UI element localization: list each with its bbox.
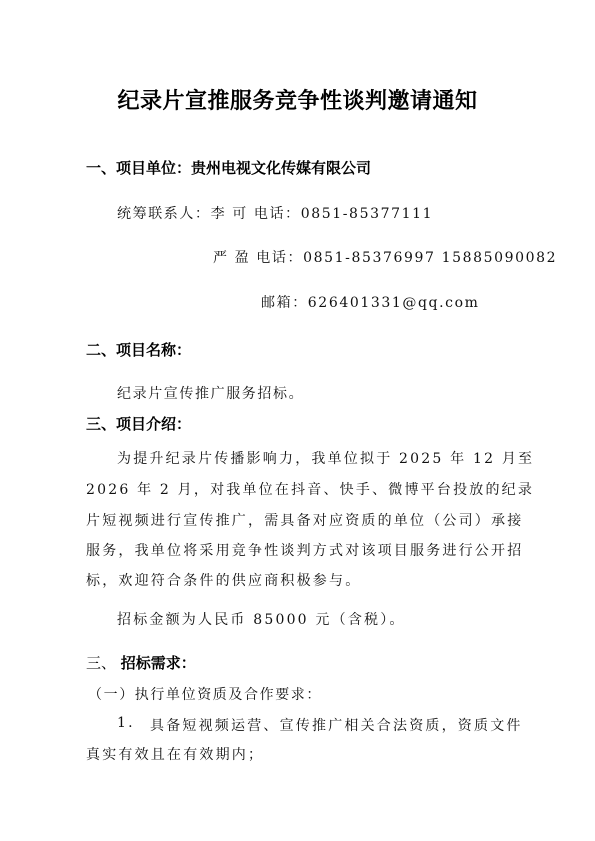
email-line: 邮箱：626401331@qq.com [261, 292, 479, 312]
second-contact-line: 严 盈 电话：0851-85376997 15885090082 [213, 247, 557, 267]
intro-paragraph-line: 2026 年 2 月，对我单位在抖音、快手、微博平台投放的纪录 [86, 479, 534, 499]
section-project-name-heading: 二、项目名称： [86, 339, 191, 360]
intro-paragraph-line: 为提升纪录片传播影响力，我单位拟于 2025 年 12 月至 [117, 448, 534, 468]
heading-text: 招标需求： [121, 654, 196, 672]
section-project-unit-heading: 一、项目单位：贵州电视文化传媒有限公司 [86, 157, 371, 178]
project-name-content: 纪录片宣传推广服务招标。 [117, 383, 304, 403]
sub-heading-qualifications: （一）执行单位资质及合作要求： [88, 684, 322, 704]
bid-amount-line: 招标金额为人民币 85000 元（含税）。 [117, 609, 406, 629]
intro-paragraph-line: 标，欢迎符合条件的供应商积极参与。 [86, 570, 361, 590]
list-item-text-line2: 真实有效且在有效期内； [86, 744, 264, 764]
intro-paragraph-line: 片短视频进行宣传推广，需具备对应资质的单位（公司）承接 [86, 510, 523, 530]
list-item-text-line1: 具备短视频运营、宣传推广相关合法资质，资质文件 [150, 715, 523, 735]
coordinator-contact-line: 统筹联系人：李 可 电话：0851-85377111 [117, 203, 433, 223]
list-item-number: 1. [117, 715, 135, 731]
section-project-intro-heading: 三、项目介绍： [86, 413, 191, 434]
section-bid-requirements-heading: 三、 招标需求： [86, 652, 196, 673]
document-title: 纪录片宣推服务竞争性谈判邀请通知 [0, 84, 595, 115]
heading-number-prefix: 三、 [86, 654, 116, 672]
intro-paragraph-line: 服务，我单位将采用竞争性谈判方式对该项目服务进行公开招 [86, 540, 523, 560]
